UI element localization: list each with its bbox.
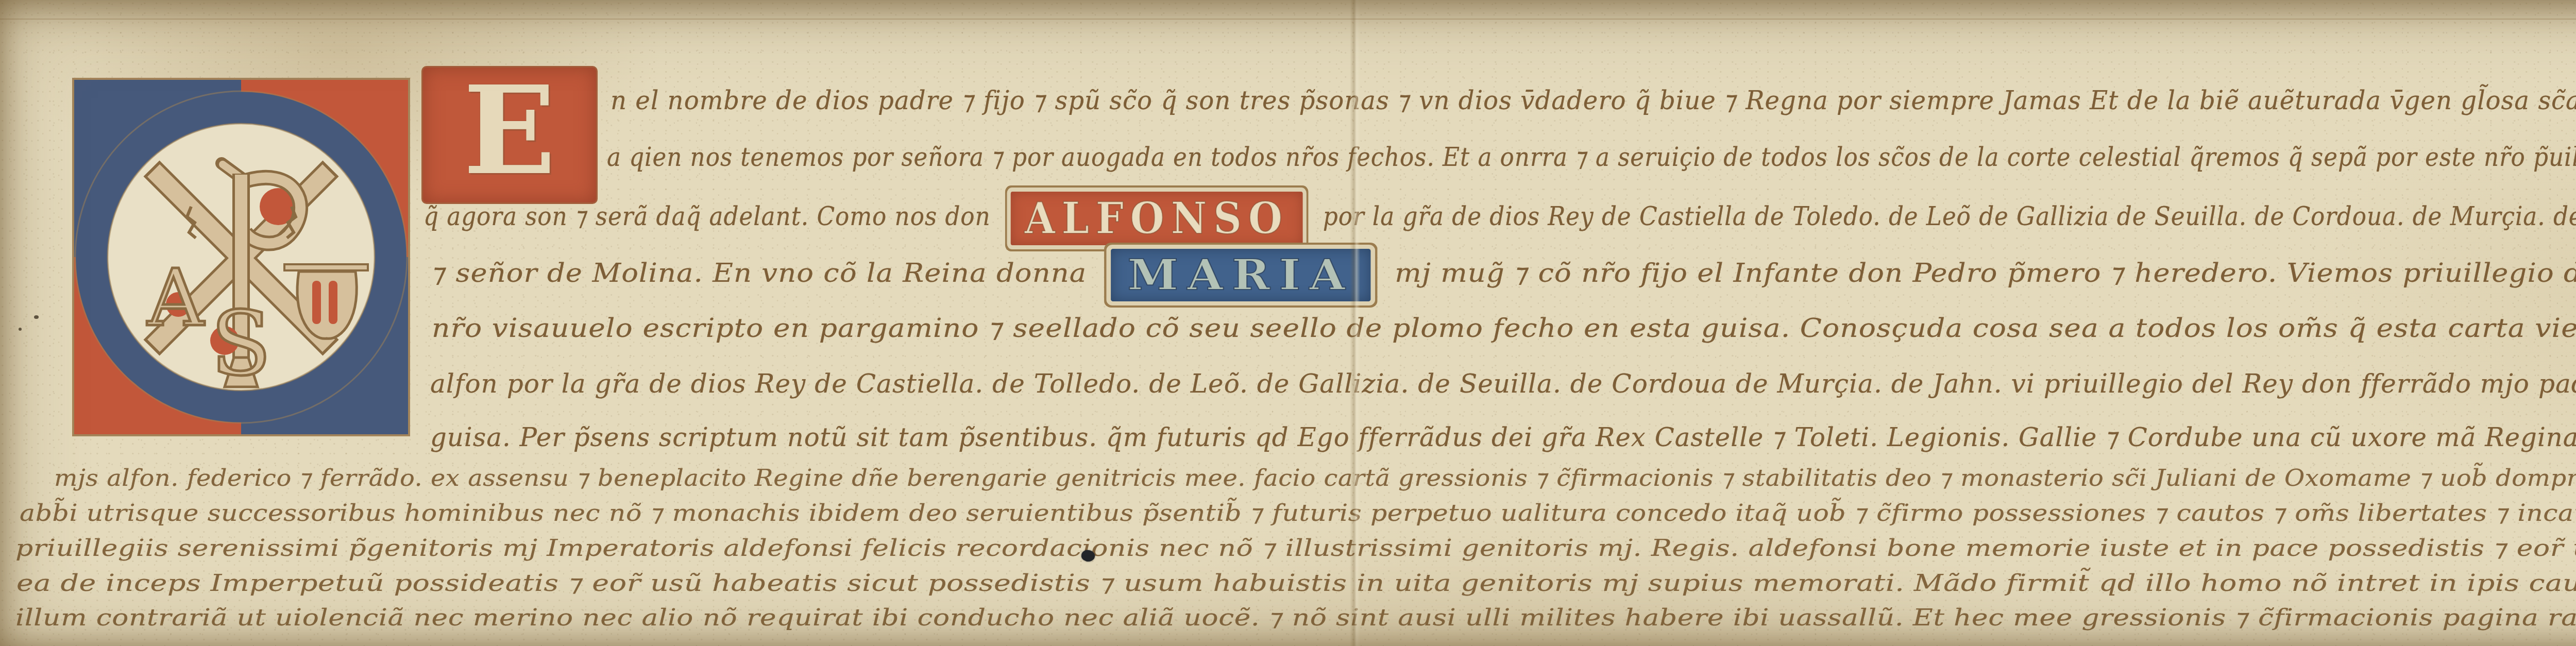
margin-speck [34, 315, 39, 319]
text-line-7: guisa. Per p̃sens scriptum notũ sit tam … [430, 416, 2576, 458]
text-line-10: priuillegiis serenissimi p̃genitoris mj … [15, 531, 2576, 565]
text-line-5: nr̃o visauuelo escripto en pargamino ⁊ s… [432, 306, 2576, 350]
text-line-4: ⁊ señor de Molina. En vno cõ la Reina do… [432, 248, 2576, 298]
text-line-2: a qien nos tenemos por señora ⁊ por auog… [607, 135, 2576, 179]
line-text: mj mug̃ ⁊ cõ nr̃o fijo el Infante don Pe… [1385, 258, 2576, 288]
line-text: priuillegiis serenissimi p̃genitoris mj … [15, 534, 2576, 562]
sigma-letter: S [211, 292, 272, 396]
line-text: ea de inceps Imperpetuũ possideatis ⁊ eo… [16, 569, 2576, 597]
line-text: por la gr̃a de dios Rey de Castiella de … [1315, 201, 2576, 231]
line-text: guisa. Per p̃sens scriptum notũ sit tam … [430, 422, 2576, 452]
text-line-1: n el nombre de dios padre ⁊ fijo ⁊ spũ s… [611, 78, 2576, 123]
line-text: ⁊ señor de Molina. En vno cõ la Reina do… [432, 258, 1096, 288]
chi-rho-emblem: A S [71, 76, 411, 438]
text-line-8: mjs alfon. federico ⁊ ferrãdo. ex assens… [54, 461, 2576, 495]
text-line-6: alfon por la gr̃a de dios Rey de Castiel… [430, 362, 2576, 406]
line-text: nr̃o visauuelo escripto en pargamino ⁊ s… [432, 313, 2576, 343]
margin-speck [19, 328, 22, 331]
line-text: a qien nos tenemos por señora ⁊ por auog… [607, 142, 2576, 172]
top-ruling-line [0, 19, 2576, 20]
line-text: q̃ agora son ⁊ serã daq̃ adelant. Como n… [423, 201, 998, 231]
text-line-9: abb̃i utrisque successoribus hominibus n… [20, 496, 2576, 530]
line-text: alfon por la gr̃a de dios Rey de Castiel… [430, 369, 2576, 399]
text-line-3: q̃ agora son ⁊ serã daq̃ adelant. Como n… [423, 192, 2576, 241]
line-text: n el nombre de dios padre ⁊ fijo ⁊ spũ s… [611, 86, 2576, 115]
alpha-letter: A [147, 252, 205, 344]
king-name-cartouche: ALFONSO [1011, 192, 1303, 245]
sigma-pendant: S [210, 292, 272, 396]
text-line-12: illum contrariã ut uiolenciã nec merino … [15, 601, 2576, 634]
line-text: mjs alfon. federico ⁊ ferrãdo. ex assens… [54, 464, 2576, 491]
parchment-page: A S E n el nombre de dios padre ⁊ fijo ⁊… [0, 0, 2576, 646]
queen-name-cartouche: MARIA [1111, 249, 1371, 301]
text-line-11: ea de inceps Imperpetuũ possideatis ⁊ eo… [16, 566, 2576, 600]
illuminated-initial: E [421, 66, 598, 204]
line-text: abb̃i utrisque successoribus hominibus n… [20, 499, 2576, 526]
line-text: illum contrariã ut uiolenciã nec merino … [15, 604, 2576, 631]
